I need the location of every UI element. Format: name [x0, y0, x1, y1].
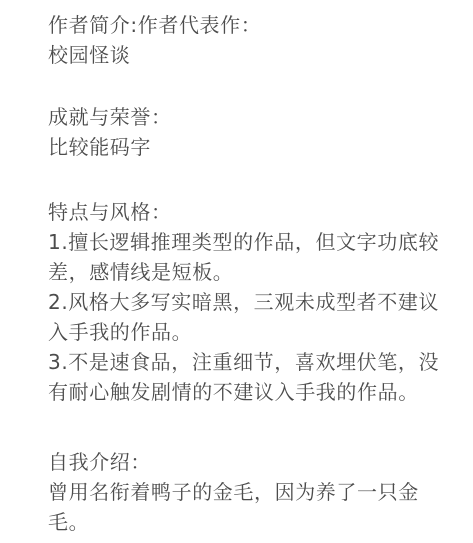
achievements-heading-line: 成就与荣誉： — [48, 102, 455, 132]
author-intro-heading-line: 作者简介:作者代表作： — [48, 10, 455, 40]
paragraph-author-intro-works: 作者简介:作者代表作： 校园怪谈 — [48, 10, 455, 70]
style-point-3-line-1: 3.不是速食品，注重细节，喜欢埋伏笔，没 — [48, 347, 455, 377]
style-point-3-line-2: 有耐心触发剧情的不建议入手我的作品。 — [48, 377, 455, 407]
achievements-content-line: 比较能码字 — [48, 132, 455, 162]
style-point-1-line-2: 差，感情线是短板。 — [48, 257, 455, 287]
self-introduction-content-line-2: 毛。 — [48, 507, 455, 537]
style-point-2-line-1: 2.风格大多写实暗黑，三观未成型者不建议 — [48, 287, 455, 317]
style-point-2-line-2: 入手我的作品。 — [48, 317, 455, 347]
self-introduction-content-line-1: 曾用名衔着鸭子的金毛，因为养了一只金 — [48, 477, 455, 507]
self-introduction-heading-line: 自我介绍： — [48, 447, 455, 477]
paragraph-style: 特点与风格： 1.擅长逻辑推理类型的作品，但文字功底较 差，感情线是短板。 2.… — [48, 197, 455, 407]
style-point-1-line-1: 1.擅长逻辑推理类型的作品，但文字功底较 — [48, 227, 455, 257]
paragraph-self-introduction: 自我介绍： 曾用名衔着鸭子的金毛，因为养了一只金 毛。 — [48, 447, 455, 537]
author-profile-page: 作者简介:作者代表作： 校园怪谈 成就与荣誉： 比较能码字 特点与风格： 1.擅… — [0, 0, 473, 543]
representative-work-line: 校园怪谈 — [48, 40, 455, 70]
paragraph-achievements: 成就与荣誉： 比较能码字 — [48, 102, 455, 162]
style-heading-line: 特点与风格： — [48, 197, 455, 227]
